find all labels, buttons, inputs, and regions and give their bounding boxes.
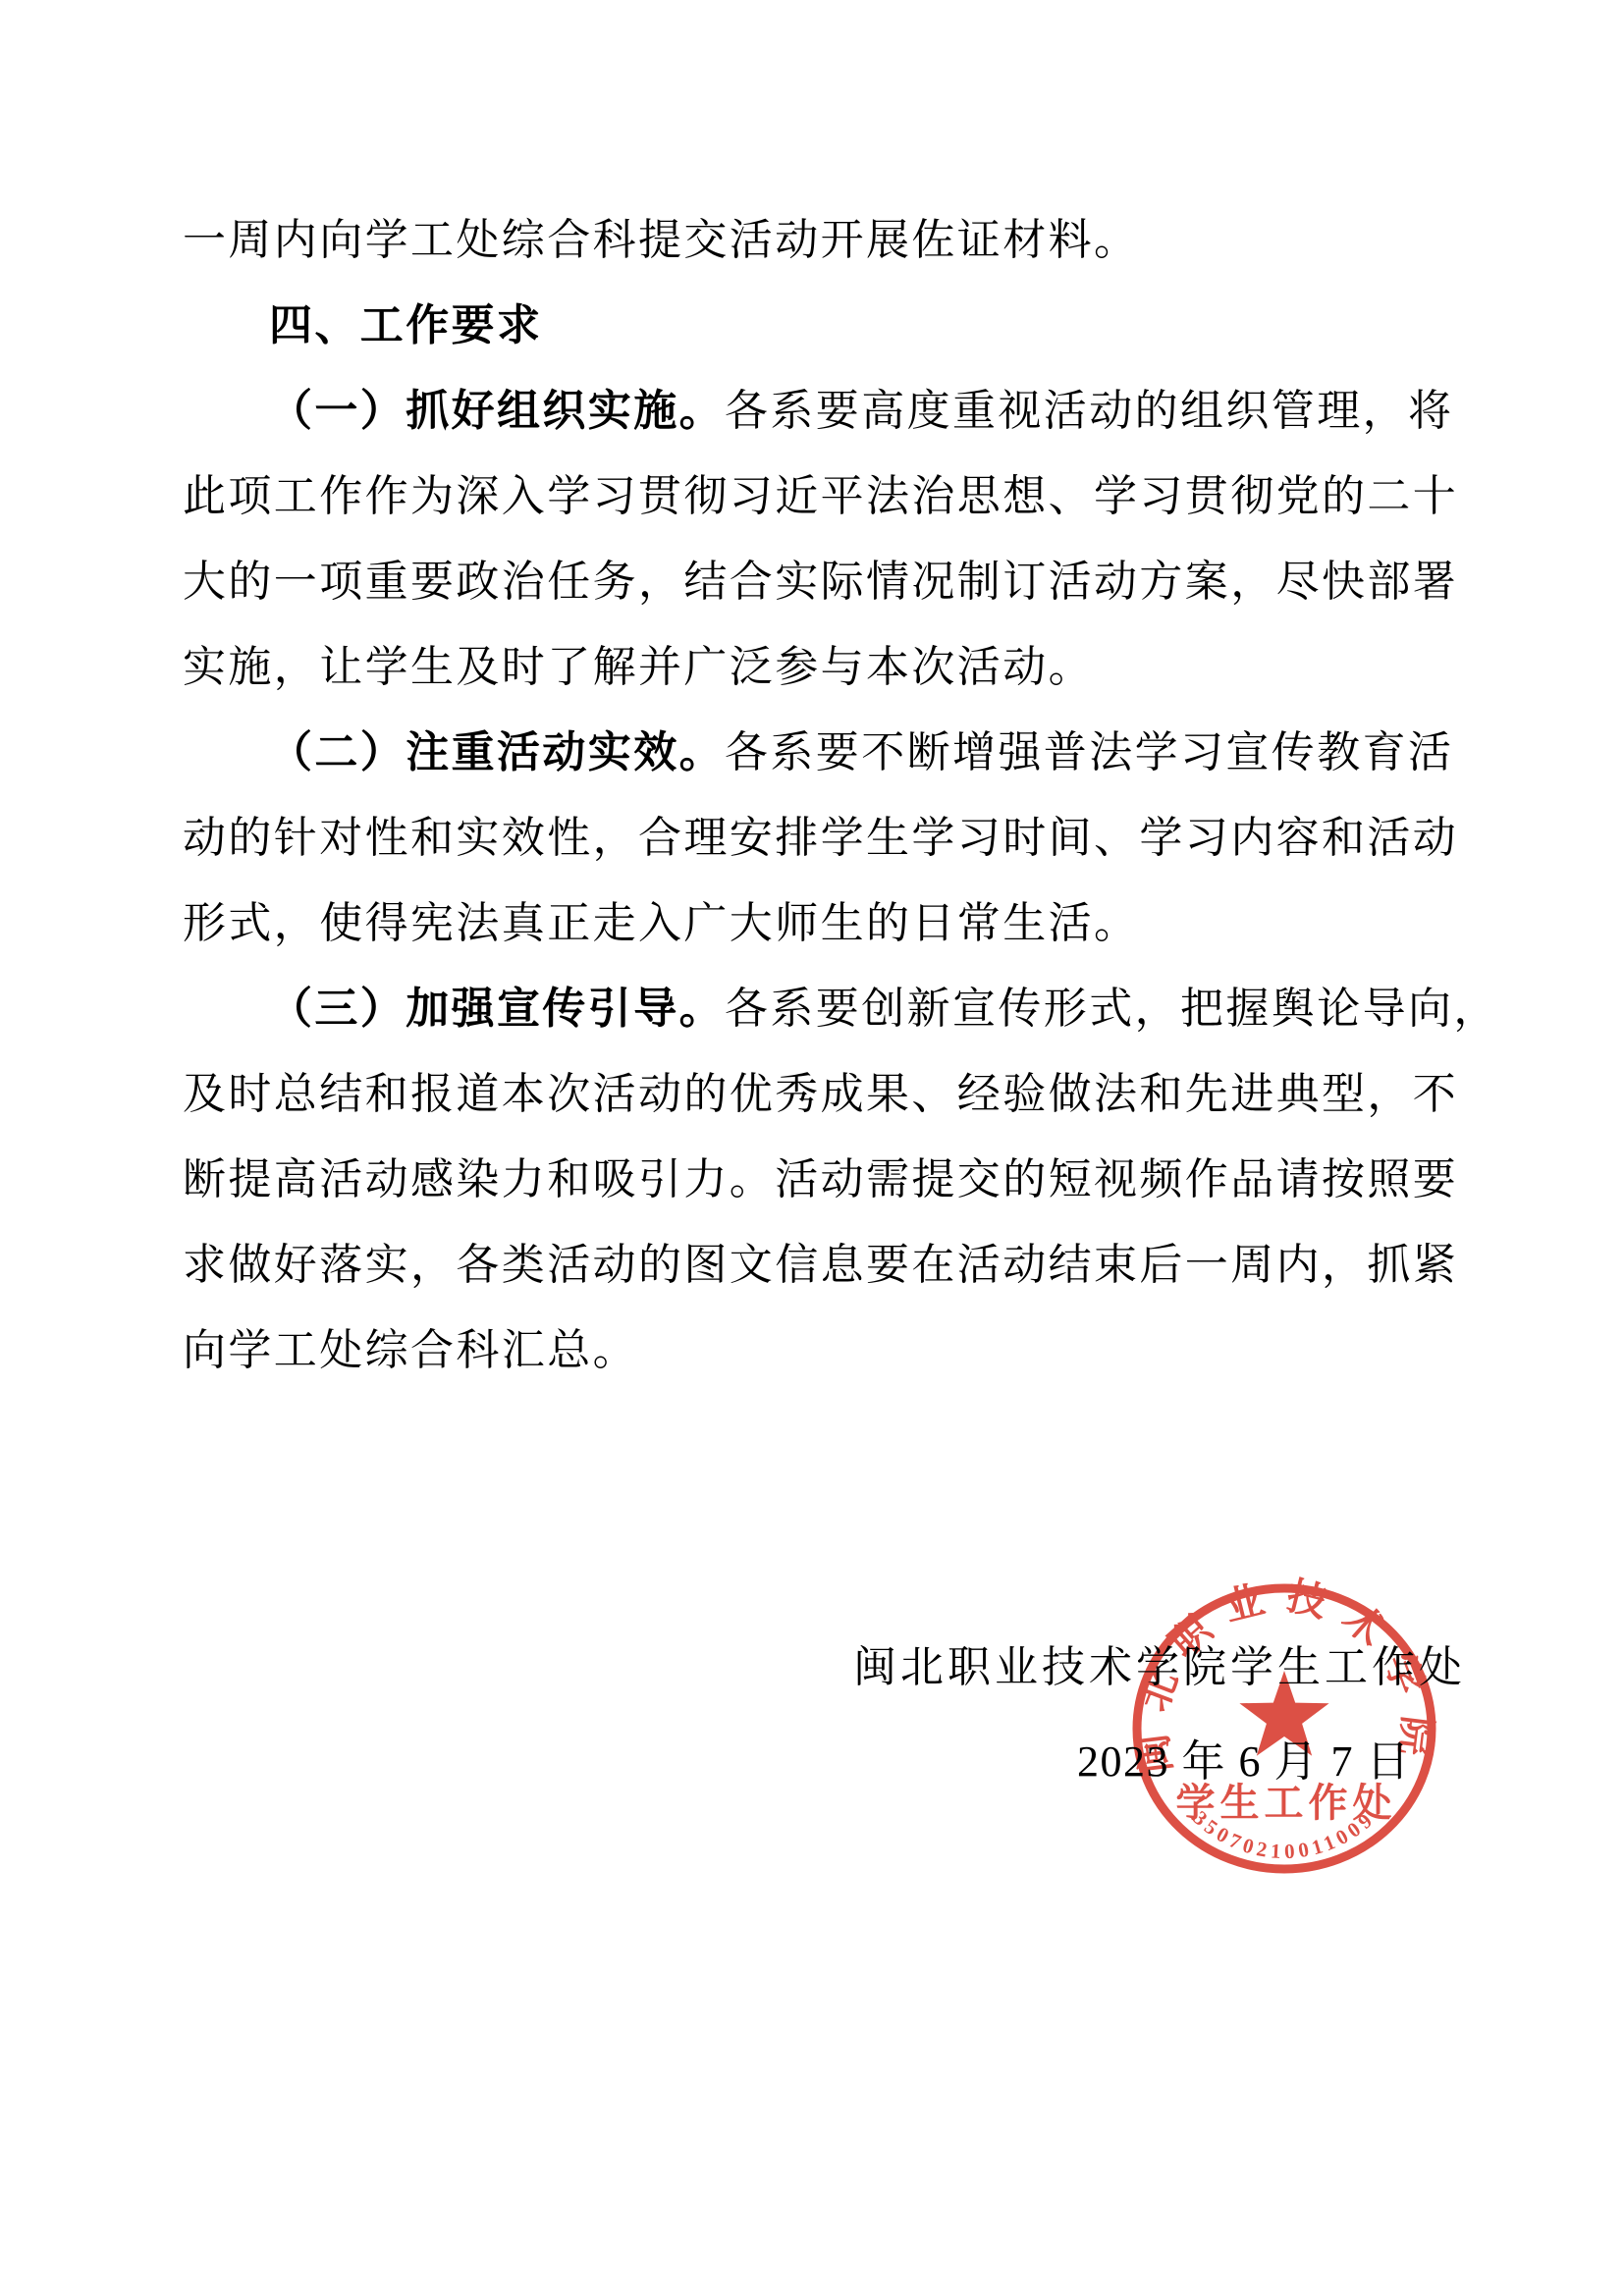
official-seal-icon: 闽北职业技术学院 学生工作处 35070210011009 [1110,1564,1459,1894]
text-line: （一）抓好组织实施。各系要高度重视活动的组织管理，将 [183,368,1457,454]
text-segment-bold: （一）抓好组织实施。 [269,387,725,435]
text-segment: 一周内向学工处综合科提交活动开展佐证材料。 [183,216,1139,264]
text-line: 断提高活动感染力和吸引力。活动需提交的短视频作品请按照要 [183,1137,1457,1222]
text-line: 动的针对性和实效性，合理安排学生学习时间、学习内容和活动 [183,795,1457,881]
text-line: 此项工作作为深入学习贯彻习近平法治思想、学习贯彻党的二十 [183,454,1457,539]
text-line: 向学工处综合科汇总。 [183,1308,1457,1393]
text-segment: 形式，使得宪法真正走入广大师生的日常生活。 [183,899,1139,947]
document-body: 一周内向学工处综合科提交活动开展佐证材料。四、工作要求（一）抓好组织实施。各系要… [183,197,1457,1393]
text-segment-bold: 四、工作要求 [269,301,542,349]
text-segment: 此项工作作为深入学习贯彻习近平法治思想、学习贯彻党的二十 [183,472,1458,520]
text-segment: 各系要创新宣传形式，把握舆论导向， [725,985,1499,1033]
document-page: 一周内向学工处综合科提交活动开展佐证材料。四、工作要求（一）抓好组织实施。各系要… [0,0,1624,2296]
text-line: 求做好落实，各类活动的图文信息要在活动结束后一周内，抓紧 [183,1222,1457,1308]
text-segment: 断提高活动感染力和吸引力。活动需提交的短视频作品请按照要 [183,1155,1458,1203]
text-line: 一周内向学工处综合科提交活动开展佐证材料。 [183,197,1457,283]
text-line: 形式，使得宪法真正走入广大师生的日常生活。 [183,881,1457,966]
text-segment: 向学工处综合科汇总。 [183,1326,638,1374]
text-line: 实施，让学生及时了解并广泛参与本次活动。 [183,624,1457,710]
text-segment: 各系要高度重视活动的组织管理，将 [725,387,1453,435]
text-line: 及时总结和报道本次活动的优秀成果、经验做法和先进典型，不 [183,1051,1457,1137]
text-line: （三）加强宣传引导。各系要创新宣传形式，把握舆论导向， [183,966,1457,1051]
text-segment: 各系要不断增强普法学习宣传教育活 [725,728,1453,776]
text-segment: 求做好落实，各类活动的图文信息要在活动结束后一周内，抓紧 [183,1241,1458,1289]
text-line: 大的一项重要政治任务，结合实际情况制订活动方案，尽快部署 [183,539,1457,624]
text-segment: 实施，让学生及时了解并广泛参与本次活动。 [183,643,1094,691]
section-heading: 四、工作要求 [183,283,1457,368]
seal-star-icon [1239,1671,1328,1756]
text-segment: 及时总结和报道本次活动的优秀成果、经验做法和先进典型，不 [183,1070,1458,1118]
text-segment-bold: （二）注重活动实效。 [269,728,725,776]
text-segment: 大的一项重要政治任务，结合实际情况制订活动方案，尽快部署 [183,558,1458,606]
text-segment: 动的针对性和实效性，合理安排学生学习时间、学习内容和活动 [183,814,1458,862]
text-line: （二）注重活动实效。各系要不断增强普法学习宣传教育活 [183,710,1457,795]
text-segment-bold: （三）加强宣传引导。 [269,985,725,1033]
